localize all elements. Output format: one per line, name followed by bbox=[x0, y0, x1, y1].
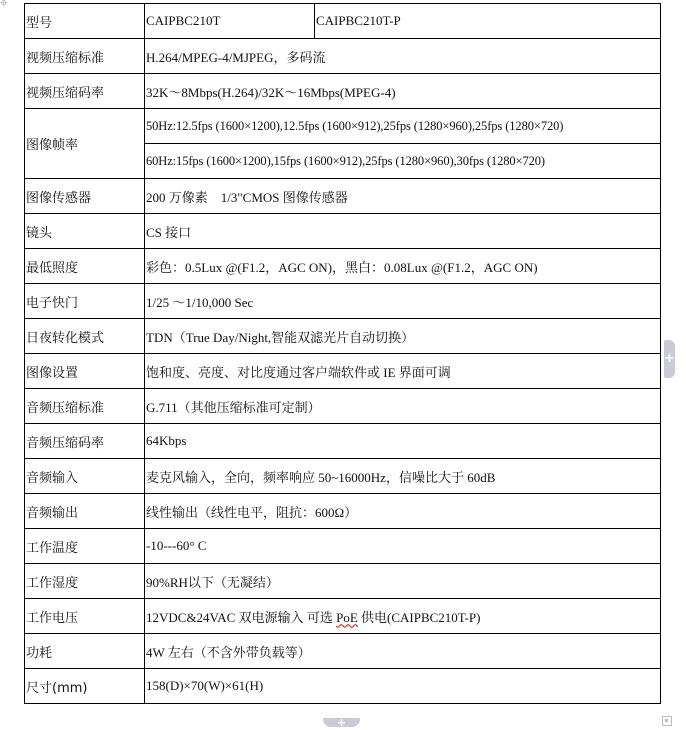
label-cell[interactable]: 图像设置 bbox=[25, 354, 145, 389]
table-row: 镜头 CS 接口 bbox=[25, 214, 661, 249]
label-cell[interactable]: 图像传感器 bbox=[25, 179, 145, 214]
value-cell[interactable]: 12VDC&24VAC 双电源输入 可选 PoE 供电(CAIPBC210T-P… bbox=[145, 599, 661, 634]
value-cell[interactable]: 64Kbps bbox=[145, 424, 661, 459]
table-row: 视频压缩码率 32K～8Mbps(H.264)/32K～16Mbps(MPEG-… bbox=[25, 74, 661, 109]
table-row: 音频输入 麦克风输入，全向，频率响应 50~16000Hz，信噪比大于 60dB bbox=[25, 459, 661, 494]
label-cell[interactable]: 音频输入 bbox=[25, 459, 145, 494]
table-row: 图像传感器 200 万像素 1/3"CMOS 图像传感器 bbox=[25, 179, 661, 214]
add-row-button[interactable]: + bbox=[323, 718, 360, 727]
add-column-button[interactable]: + bbox=[664, 340, 675, 378]
label-cell[interactable]: 视频压缩标准 bbox=[25, 39, 145, 74]
spec-table: 型号 CAIPBC210T CAIPBC210T-P 视频压缩标准 H.264/… bbox=[24, 3, 661, 704]
label-cell[interactable]: 工作电压 bbox=[25, 599, 145, 634]
label-cell[interactable]: 工作湿度 bbox=[25, 564, 145, 599]
model-a-cell[interactable]: CAIPBC210T bbox=[145, 4, 315, 39]
value-cell[interactable]: 158(D)×70(W)×61(H) bbox=[145, 669, 661, 704]
label-cell[interactable]: 尺寸(mm) bbox=[25, 669, 145, 704]
value-cell[interactable]: -10---60° C bbox=[145, 529, 661, 564]
value-text: 供电(CAIPBC210T-P) bbox=[358, 610, 481, 625]
label-cell[interactable]: 视频压缩码率 bbox=[25, 74, 145, 109]
plus-icon: + bbox=[337, 716, 346, 729]
label-cell[interactable]: 功耗 bbox=[25, 634, 145, 669]
table-row: 尺寸(mm) 158(D)×70(W)×61(H) bbox=[25, 669, 661, 704]
label-cell[interactable]: 图像帧率 bbox=[25, 109, 145, 179]
table-row: 视频压缩标准 H.264/MPEG-4/MJPEG，多码流 bbox=[25, 39, 661, 74]
value-cell[interactable]: H.264/MPEG-4/MJPEG，多码流 bbox=[145, 39, 661, 74]
value-cell[interactable]: 1/25 ～1/10,000 Sec bbox=[145, 284, 661, 319]
table-row: 功耗 4W 左右（不含外带负载等） bbox=[25, 634, 661, 669]
label-cell[interactable]: 工作温度 bbox=[25, 529, 145, 564]
value-cell[interactable]: 60Hz:15fps (1600×1200),15fps (1600×912),… bbox=[145, 144, 661, 179]
table-resize-handle-icon[interactable] bbox=[662, 716, 672, 726]
value-cell[interactable]: TDN（True Day/Night,智能双滤光片自动切换） bbox=[145, 319, 661, 354]
table-row: 音频压缩码率 64Kbps bbox=[25, 424, 661, 459]
label-cell[interactable]: 最低照度 bbox=[25, 249, 145, 284]
label-cell[interactable]: 音频压缩码率 bbox=[25, 424, 145, 459]
plus-icon: + bbox=[664, 351, 675, 366]
value-cell[interactable]: 50Hz:12.5fps (1600×1200),12.5fps (1600×9… bbox=[145, 109, 661, 144]
table-row: 音频输出 线性输出（线性电平，阻抗：600Ω） bbox=[25, 494, 661, 529]
table-move-handle-icon[interactable]: ✥ bbox=[0, 0, 12, 8]
table-row: 图像帧率 50Hz:12.5fps (1600×1200),12.5fps (1… bbox=[25, 109, 661, 144]
value-cell[interactable]: CS 接口 bbox=[145, 214, 661, 249]
value-cell[interactable]: 200 万像素 1/3"CMOS 图像传感器 bbox=[145, 179, 661, 214]
table-row: 工作电压 12VDC&24VAC 双电源输入 可选 PoE 供电(CAIPBC2… bbox=[25, 599, 661, 634]
label-cell[interactable]: 音频输出 bbox=[25, 494, 145, 529]
value-cell[interactable]: 彩色：0.5Lux @(F1.2，AGC ON)，黑白：0.08Lux @(F1… bbox=[145, 249, 661, 284]
label-cell[interactable]: 日夜转化模式 bbox=[25, 319, 145, 354]
table-row: 音频压缩标准 G.711（其他压缩标准可定制） bbox=[25, 389, 661, 424]
value-text: 12VDC&24VAC 双电源输入 可选 bbox=[146, 610, 336, 625]
value-cell[interactable]: 麦克风输入，全向，频率响应 50~16000Hz，信噪比大于 60dB bbox=[145, 459, 661, 494]
label-cell[interactable]: 镜头 bbox=[25, 214, 145, 249]
model-b-cell[interactable]: CAIPBC210T-P bbox=[315, 4, 661, 39]
label-cell[interactable]: 音频压缩标准 bbox=[25, 389, 145, 424]
table-row: 电子快门 1/25 ～1/10,000 Sec bbox=[25, 284, 661, 319]
value-cell[interactable]: G.711（其他压缩标准可定制） bbox=[145, 389, 661, 424]
table-row: 工作湿度 90%RH以下（无凝结） bbox=[25, 564, 661, 599]
value-cell[interactable]: 32K～8Mbps(H.264)/32K～16Mbps(MPEG-4) bbox=[145, 74, 661, 109]
table-row: 日夜转化模式 TDN（True Day/Night,智能双滤光片自动切换） bbox=[25, 319, 661, 354]
value-cell[interactable]: 4W 左右（不含外带负载等） bbox=[145, 634, 661, 669]
value-cell[interactable]: 线性输出（线性电平，阻抗：600Ω） bbox=[145, 494, 661, 529]
value-cell[interactable]: 90%RH以下（无凝结） bbox=[145, 564, 661, 599]
label-cell[interactable]: 电子快门 bbox=[25, 284, 145, 319]
label-cell[interactable]: 型号 bbox=[25, 4, 145, 39]
table-row: 图像设置 饱和度、亮度、对比度通过客户端软件或 IE 界面可调 bbox=[25, 354, 661, 389]
table-row-model: 型号 CAIPBC210T CAIPBC210T-P bbox=[25, 4, 661, 39]
table-row: 最低照度 彩色：0.5Lux @(F1.2，AGC ON)，黑白：0.08Lux… bbox=[25, 249, 661, 284]
table-row: 工作温度 -10---60° C bbox=[25, 529, 661, 564]
value-cell[interactable]: 饱和度、亮度、对比度通过客户端软件或 IE 界面可调 bbox=[145, 354, 661, 389]
spellcheck-flagged-word[interactable]: PoE bbox=[336, 610, 358, 625]
